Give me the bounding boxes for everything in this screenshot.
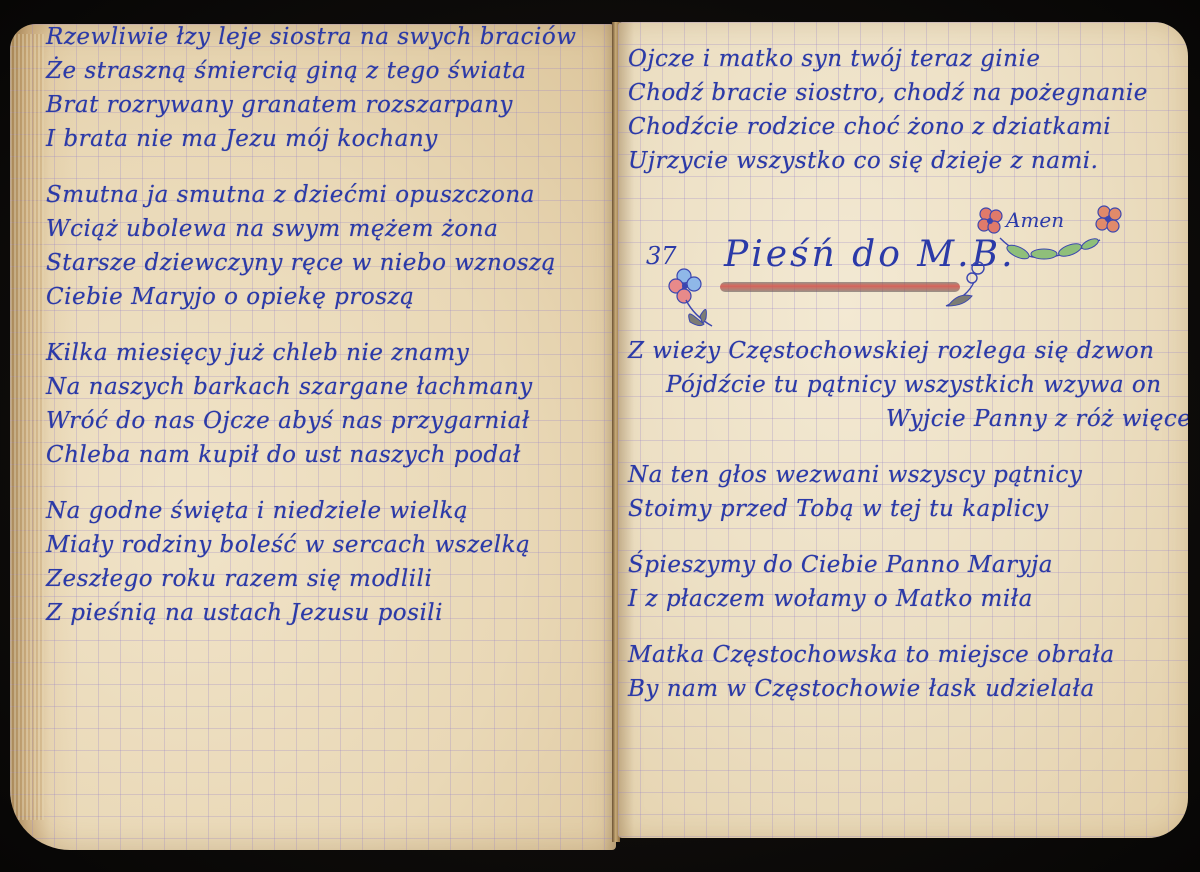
flower-drawing-title-right	[938, 256, 998, 316]
page-edge-stack	[10, 34, 44, 820]
text-line: By nam w Częstochowie łask udzielała	[628, 672, 1188, 706]
text-line: Miały rodziny boleść w sercach wszelką	[46, 528, 616, 562]
text-line: Ciebie Maryjo o opiekę proszą	[46, 280, 616, 314]
stanza-3: Kilka miesięcy już chleb nie znamy Na na…	[46, 336, 616, 472]
amen-closing: Amen	[1006, 208, 1064, 232]
title-underline	[720, 282, 960, 292]
right-page-top-stanza: Ojcze i matko syn twój teraz ginie Chodź…	[628, 42, 1188, 178]
right-page: Ojcze i matko syn twój teraz ginie Chodź…	[618, 22, 1188, 838]
text-line: Chleba nam kupił do ust naszych podał	[46, 438, 616, 472]
text-line: Brat rozrywany granatem rozszarpany	[46, 88, 616, 122]
stanza-2: Smutna ja smutna z dziećmi opuszczona Wc…	[46, 178, 616, 314]
text-line: Smutna ja smutna z dziećmi opuszczona	[46, 178, 616, 212]
text-line: Matka Częstochowska to miejsce obrała	[628, 638, 1188, 672]
text-line: Z pieśnią na ustach Jezusu posili	[46, 596, 616, 630]
song-lyrics: Z wieży Częstochowskiej rozlega się dzwo…	[628, 334, 1188, 728]
text-line: Z wieży Częstochowskiej rozlega się dzwo…	[628, 334, 1188, 368]
text-line: Chodźcie rodzice choć żono z dziatkami	[628, 110, 1188, 144]
text-line: Ojcze i matko syn twój teraz ginie	[628, 42, 1188, 76]
text-line: Starsze dziewczyny ręce w niebo wznoszą	[46, 246, 616, 280]
text-line: I brata nie ma Jezu mój kochany	[46, 122, 616, 156]
song-stanza-1: Z wieży Częstochowskiej rozlega się dzwo…	[628, 334, 1188, 436]
song-stanza-4: Matka Częstochowska to miejsce obrała By…	[628, 638, 1188, 706]
text-line: Śpieszymy do Ciebie Panno Maryja	[628, 548, 1188, 582]
song-stanza-3: Śpieszymy do Ciebie Panno Maryja I z pła…	[628, 548, 1188, 616]
text-line: Stoimy przed Tobą w tej tu kaplicy	[628, 492, 1188, 526]
text-line: Rzewliwie łzy leje siostra na swych brac…	[46, 24, 616, 54]
text-line: Że straszną śmiercią giną z tego świata	[46, 54, 616, 88]
notebook-scan: Rzewliwie łzy leje siostra na swych brac…	[0, 0, 1200, 872]
song-stanza-2: Na ten głos wezwani wszyscy pątnicy Stoi…	[628, 458, 1188, 526]
text-line: Chodź bracie siostro, chodź na pożegnani…	[628, 76, 1188, 110]
text-line: Kilka miesięcy już chleb nie znamy	[46, 336, 616, 370]
text-line: Pójdźcie tu pątnicy wszystkich wzywa on	[628, 368, 1188, 402]
text-line: Na naszych barkach szargane łachmany	[46, 370, 616, 404]
song-heading: 37 Pieśń do M.B.	[638, 234, 1178, 334]
left-page-text: Rzewliwie łzy leje siostra na swych brac…	[46, 24, 616, 652]
left-page: Rzewliwie łzy leje siostra na swych brac…	[10, 24, 616, 850]
flower-drawing-title-left	[664, 266, 724, 332]
text-line: Na godne święta i niedziele wielką	[46, 494, 616, 528]
text-line: Wyjcie Panny z róż więce.	[628, 402, 1188, 436]
text-line: Zeszłego roku razem się modlili	[46, 562, 616, 596]
text-line: Ujrzycie wszystko co się dzieje z nami.	[628, 144, 1188, 178]
text-line: I z płaczem wołamy o Matko miła	[628, 582, 1188, 616]
text-line: Wciąż ubolewa na swym mężem żona	[46, 212, 616, 246]
text-line: Na ten głos wezwani wszyscy pątnicy	[628, 458, 1188, 492]
stanza-4: Na godne święta i niedziele wielką Miały…	[46, 494, 616, 630]
stanza-1: Rzewliwie łzy leje siostra na swych brac…	[46, 24, 616, 156]
text-line: Wróć do nas Ojcze abyś nas przygarniał	[46, 404, 616, 438]
